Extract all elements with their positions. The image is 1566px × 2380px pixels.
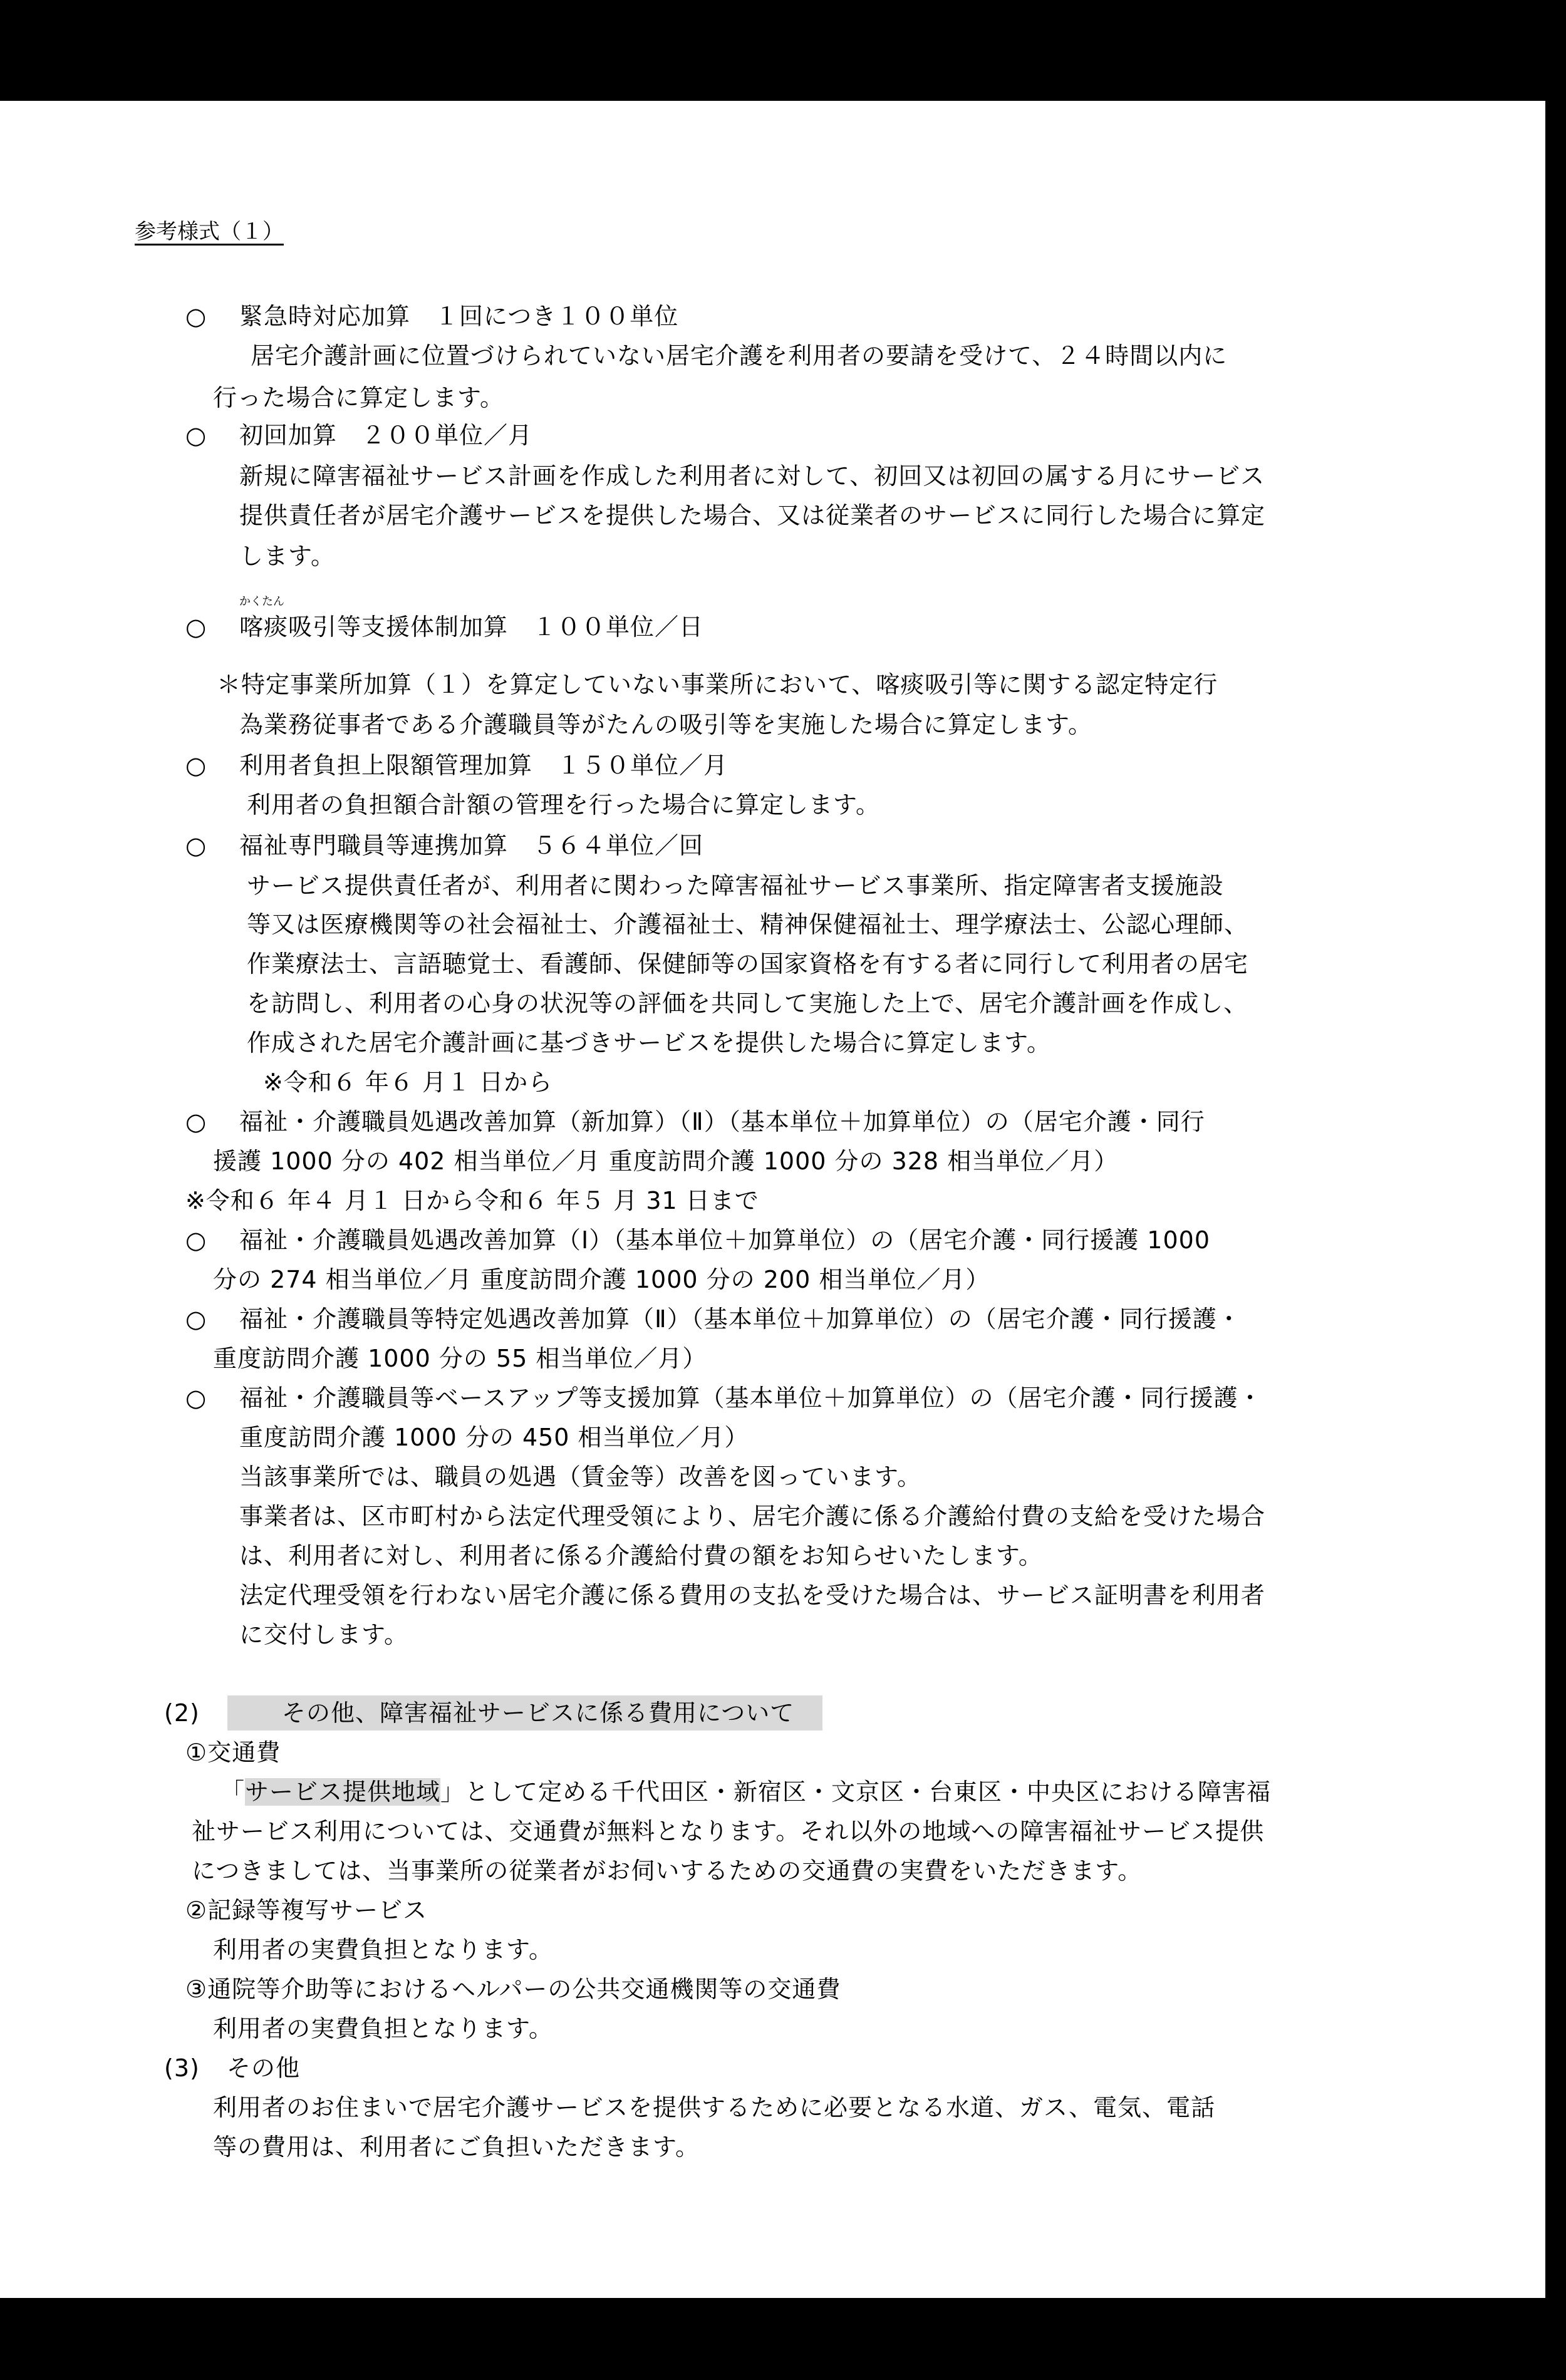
transport-fee-label: ①交通費 [185,1737,281,1768]
section-3-heading: その他 [227,2052,300,2084]
section-number: (2) [164,1697,200,1729]
body-text: サービス提供責任者が、利用者に関わった障害福祉サービス事業所、指定障害者支援施設 [247,870,1224,901]
body-text: 「サービス提供地域」として定める千代田区・新宿区・文京区・台東区・中央区における… [220,1776,1271,1808]
escort-transport-label: ③通院等介助等におけるヘルパーの公共交通機関等の交通費 [185,1974,841,2005]
treatment-improvement-1-heading: 福祉・介護職員処遇改善加算（Ⅰ）（基本単位＋加算単位）の（居宅介護・同行援護 1… [239,1224,1210,1256]
body-text: 援護 1000 分の 402 相当単位／月 重度訪問介護 1000 分の 328… [213,1146,1118,1177]
body-text: 当該事業所では、職員の処遇（賃金等）改善を図っています。 [239,1461,921,1493]
body-text-rest: 」として定める千代田区・新宿区・文京区・台東区・中央区における障害福 [440,1778,1271,1806]
effective-date-note: ※令和６ 年６ 月１ 日から [263,1067,552,1098]
body-text: 利用者の実費負担となります。 [213,1934,553,1965]
body-text: 利用者の負担額合計額の管理を行った場合に算定します。 [247,789,880,820]
body-text: 提供責任者が居宅介護サービスを提供した場合、又は従業者のサービスに同行した場合に… [239,500,1265,531]
body-text: 事業者は、区市町村から法定代理受領により、居宅介護に係る介護給付費の支給を受けた… [239,1501,1265,1532]
body-text: に交付します。 [239,1619,408,1650]
body-text: 等又は医療機関等の社会福祉士、介護福祉士、精神保健福祉士、理学療法士、公認心理師… [247,909,1248,940]
body-text: 法定代理受領を行わない居宅介護に係る費用の支払を受けた場合は、サービス証明書を利… [239,1580,1265,1611]
body-text: 作成された居宅介護計画に基づきサービスを提供した場合に算定します。 [247,1027,1051,1058]
body-text: につきましては、当事業所の従業者がお伺いするための交通費の実費をいただきます。 [192,1855,1142,1886]
form-title: 参考様式（１） [135,216,284,247]
copy-service-label: ②記録等複写サービス [185,1895,427,1926]
bullet-icon: ○ [185,830,207,861]
treatment-improvement-new-heading: 福祉・介護職員処遇改善加算（新加算）（Ⅱ）（基本単位＋加算単位）の（居宅介護・同… [239,1106,1205,1137]
bullet-icon: ○ [185,611,207,643]
cap-management-heading: 利用者負担上限額管理加算 １５０単位／月 [239,750,728,781]
body-text: 為業務従事者である介護職員等がたんの吸引等を実施した場合に算定します。 [239,709,1092,740]
baseup-support-heading: 福祉・介護職員等ベースアップ等支援加算（基本単位＋加算単位）の（居宅介護・同行援… [239,1382,1262,1414]
body-text: ＊特定事業所加算（１）を算定していない事業所において、喀痰吸引等に関する認定特定… [217,669,1218,700]
body-text: 行った場合に算定します。 [213,382,504,413]
body-text: 分の 274 相当単位／月 重度訪問介護 1000 分の 200 相当単位／月） [213,1264,990,1295]
body-text: 作業療法士、言語聴覚士、看護師、保健師等の国家資格を有する者に同行して利用者の居… [247,948,1248,980]
bullet-icon: ○ [185,750,207,781]
specific-treatment-2-heading: 福祉・介護職員等特定処遇改善加算（Ⅱ）（基本単位＋加算単位）の（居宅介護・同行援… [239,1303,1242,1335]
bullet-icon: ○ [185,1106,207,1137]
section-number: (3) [164,2052,200,2084]
section-2-heading: その他、障害福祉サービスに係る費用について [282,1697,794,1729]
body-text: を訪問し、利用者の心身の状況等の評価を共同して実施した上で、居宅介護計画を作成し… [247,988,1248,1019]
emergency-addition-heading: 緊急時対応加算 １回につき１００単位 [239,301,678,332]
body-text: は、利用者に対し、利用者に係る介護給付費の額をお知らせいたします。 [239,1540,1043,1571]
body-text: 祉サービス利用については、交通費が無料となります。それ以外の地域への障害福祉サー… [192,1816,1264,1847]
furigana: かくたん [239,596,284,608]
body-text: 重度訪問介護 1000 分の 450 相当単位／月） [239,1422,749,1453]
bracket-open: 「 [220,1778,245,1806]
bullet-icon: ○ [185,1224,207,1256]
bullet-icon: ○ [185,1303,207,1335]
body-text: 利用者の実費負担となります。 [213,2013,553,2044]
body-text: 重度訪問介護 1000 分の 55 相当単位／月） [213,1343,707,1374]
bullet-icon: ○ [185,1382,207,1414]
suction-addition-heading: 喀痰吸引等支援体制加算 １００単位／日 [239,611,703,643]
body-text: 利用者のお住まいで居宅介護サービスを提供するために必要となる水道、ガス、電気、電… [213,2092,1215,2123]
specialist-coordination-heading: 福祉専門職員等連携加算 ５６４単位／回 [239,830,703,861]
period-note: ※令和６ 年４ 月１ 日から令和６ 年５ 月 31 日まで [185,1185,759,1216]
body-text: します。 [239,541,335,572]
body-text: 新規に障害福祉サービス計画を作成した利用者に対して、初回又は初回の属する月にサー… [239,460,1265,492]
body-text: 等の費用は、利用者にご負担いただきます。 [213,2131,700,2163]
document-page: 参考様式（１） ○ 緊急時対応加算 １回につき１００単位 居宅介護計画に位置づけ… [0,101,1545,2298]
service-area-highlight: サービス提供地域 [245,1778,440,1806]
bullet-icon: ○ [185,301,207,332]
bullet-icon: ○ [185,420,207,451]
initial-addition-heading: 初回加算 ２００単位／月 [239,420,532,451]
body-text: 居宅介護計画に位置づけられていない居宅介護を利用者の要請を受けて、２４時間以内に [251,340,1227,371]
